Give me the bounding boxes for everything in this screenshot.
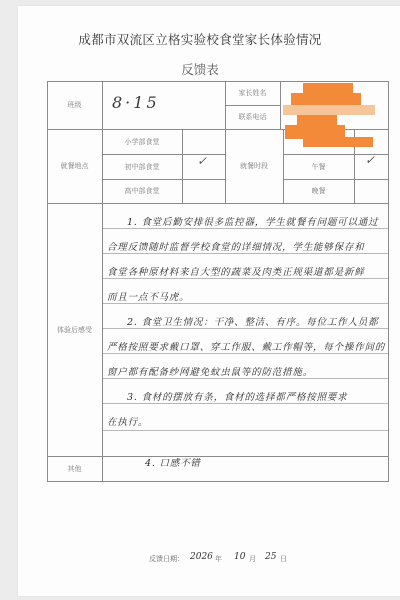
experience-line: 食堂各种原材料来自大型的蔬菜及肉类正规渠道都是新鲜: [107, 264, 365, 278]
parent-phone-label: 联系电话: [225, 105, 280, 129]
time-lunch-checkmark[interactable]: ✓: [365, 153, 375, 167]
experience-line: 合理反馈随时监督学校食堂的详细情况，学生能够保存和: [107, 239, 365, 253]
day-unit: 日: [280, 554, 287, 564]
experience-label: 体验后感受: [47, 203, 102, 456]
redacted-parent-info: [283, 81, 378, 151]
experience-line: 2. 食堂卫生情况：干净、整洁、有序。每位工作人员都: [127, 314, 378, 328]
time-dinner: 晚餐: [283, 179, 354, 203]
experience-line: 3. 食材的摆放有条，食材的选择都严格按照要求: [127, 389, 347, 403]
date-year[interactable]: 2026: [190, 552, 213, 562]
year-unit: 年: [215, 554, 222, 564]
experience-line: 严格按照要求戴口罩、穿工作服、戴工作帽等，每个操作间的: [107, 339, 385, 353]
date-month[interactable]: 10: [234, 552, 245, 562]
dining-location-label: 就餐地点: [47, 129, 102, 203]
document-title: 成都市双流区立格实验校食堂家长体验情况: [0, 30, 400, 48]
experience-line: 1. 食堂后勤安排很多监控器，学生就餐有问题可以通过: [127, 214, 378, 228]
dining-time-label: 就餐时段: [225, 129, 283, 203]
experience-line: 4. 口感不错: [145, 455, 201, 469]
class-label: 班级: [47, 81, 102, 129]
date-label: 反馈日期：: [149, 554, 184, 564]
location-primary-canteen: 小学部食堂: [102, 129, 182, 154]
location-middle-canteen: 初中部食堂: [102, 154, 182, 179]
document-subtitle: 反馈表: [0, 60, 400, 78]
experience-line: 在执行。: [107, 414, 148, 428]
experience-line: 窗户都有配备纱网避免蚊虫鼠等的防范措施。: [107, 364, 313, 378]
date-day[interactable]: 25: [265, 552, 276, 562]
location-middle-checkmark[interactable]: ✓: [197, 154, 207, 168]
parent-name-label: 家长姓名: [225, 81, 280, 105]
location-high-canteen: 高中部食堂: [102, 179, 182, 203]
other-label: 其他: [47, 456, 102, 481]
month-unit: 月: [249, 554, 256, 564]
experience-line: 而且一点不马虎。: [107, 289, 189, 303]
time-lunch: 午餐: [283, 154, 354, 179]
class-value[interactable]: 8·15: [112, 93, 160, 112]
